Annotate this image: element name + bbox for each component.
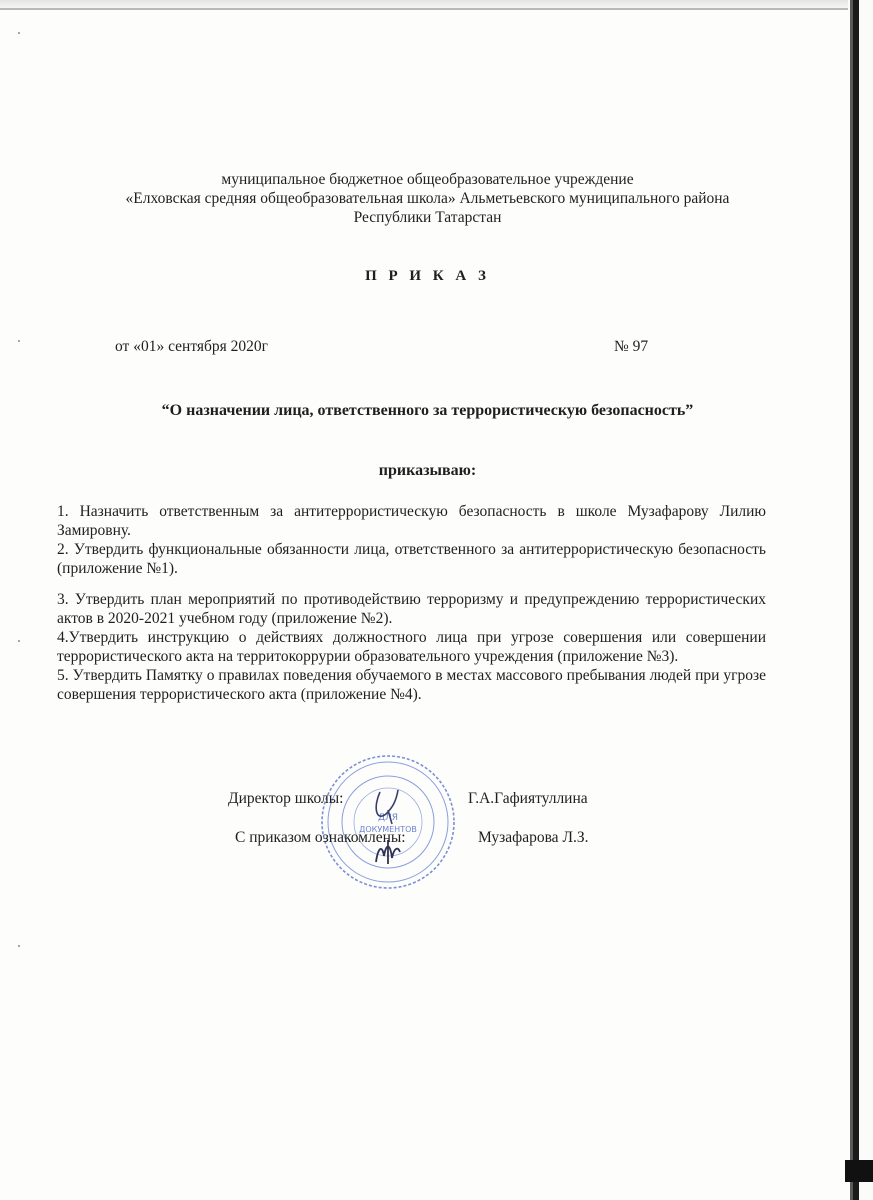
svg-text:ДЛЯ: ДЛЯ bbox=[378, 813, 398, 823]
official-stamp-icon: ДЛЯ ДОКУМЕНТОВ bbox=[318, 752, 458, 892]
order-item-5: 5. Утвердить Памятку о правилах поведени… bbox=[57, 666, 766, 704]
header-line-3: Республики Татарстан bbox=[0, 208, 855, 227]
scan-speck bbox=[18, 640, 20, 642]
acknowledged-name: Музафарова Л.З. bbox=[478, 829, 588, 847]
header-line-2: «Елховская средняя общеобразовательная ш… bbox=[0, 189, 855, 208]
order-number: № 97 bbox=[614, 338, 648, 356]
order-items-group-2: 3. Утвердить план мероприятий по противо… bbox=[57, 590, 766, 704]
order-item-2: 2. Утвердить функциональные обязанности … bbox=[57, 540, 766, 578]
director-label: Директор школы: bbox=[228, 790, 343, 808]
order-items-group-1: 1. Назначить ответственным за антитеррор… bbox=[57, 502, 766, 578]
scan-speck bbox=[18, 945, 20, 947]
scan-speck bbox=[18, 340, 20, 342]
order-subject: “О назначении лица, ответственного за те… bbox=[0, 402, 855, 420]
order-date: от «01» сентября 2020г bbox=[115, 338, 268, 356]
acknowledged-label: С приказом ознакомлены: bbox=[235, 829, 406, 847]
scan-speck bbox=[18, 32, 20, 34]
orders-heading: приказываю: bbox=[0, 462, 855, 480]
scanned-sheet-edge bbox=[0, 0, 848, 10]
order-item-4: 4.Утвердить инструкцию о действиях должн… bbox=[57, 628, 766, 666]
scanner-corner-shadow bbox=[845, 1160, 873, 1182]
document-title: П Р И К А З bbox=[0, 268, 855, 285]
header-line-1: муниципальное бюджетное общеобразователь… bbox=[0, 170, 855, 189]
director-name: Г.А.Гафиятуллина bbox=[468, 790, 588, 808]
institution-header: муниципальное бюджетное общеобразователь… bbox=[0, 170, 855, 227]
order-item-1: 1. Назначить ответственным за антитеррор… bbox=[57, 502, 766, 540]
order-item-3: 3. Утвердить план мероприятий по противо… bbox=[57, 590, 766, 628]
